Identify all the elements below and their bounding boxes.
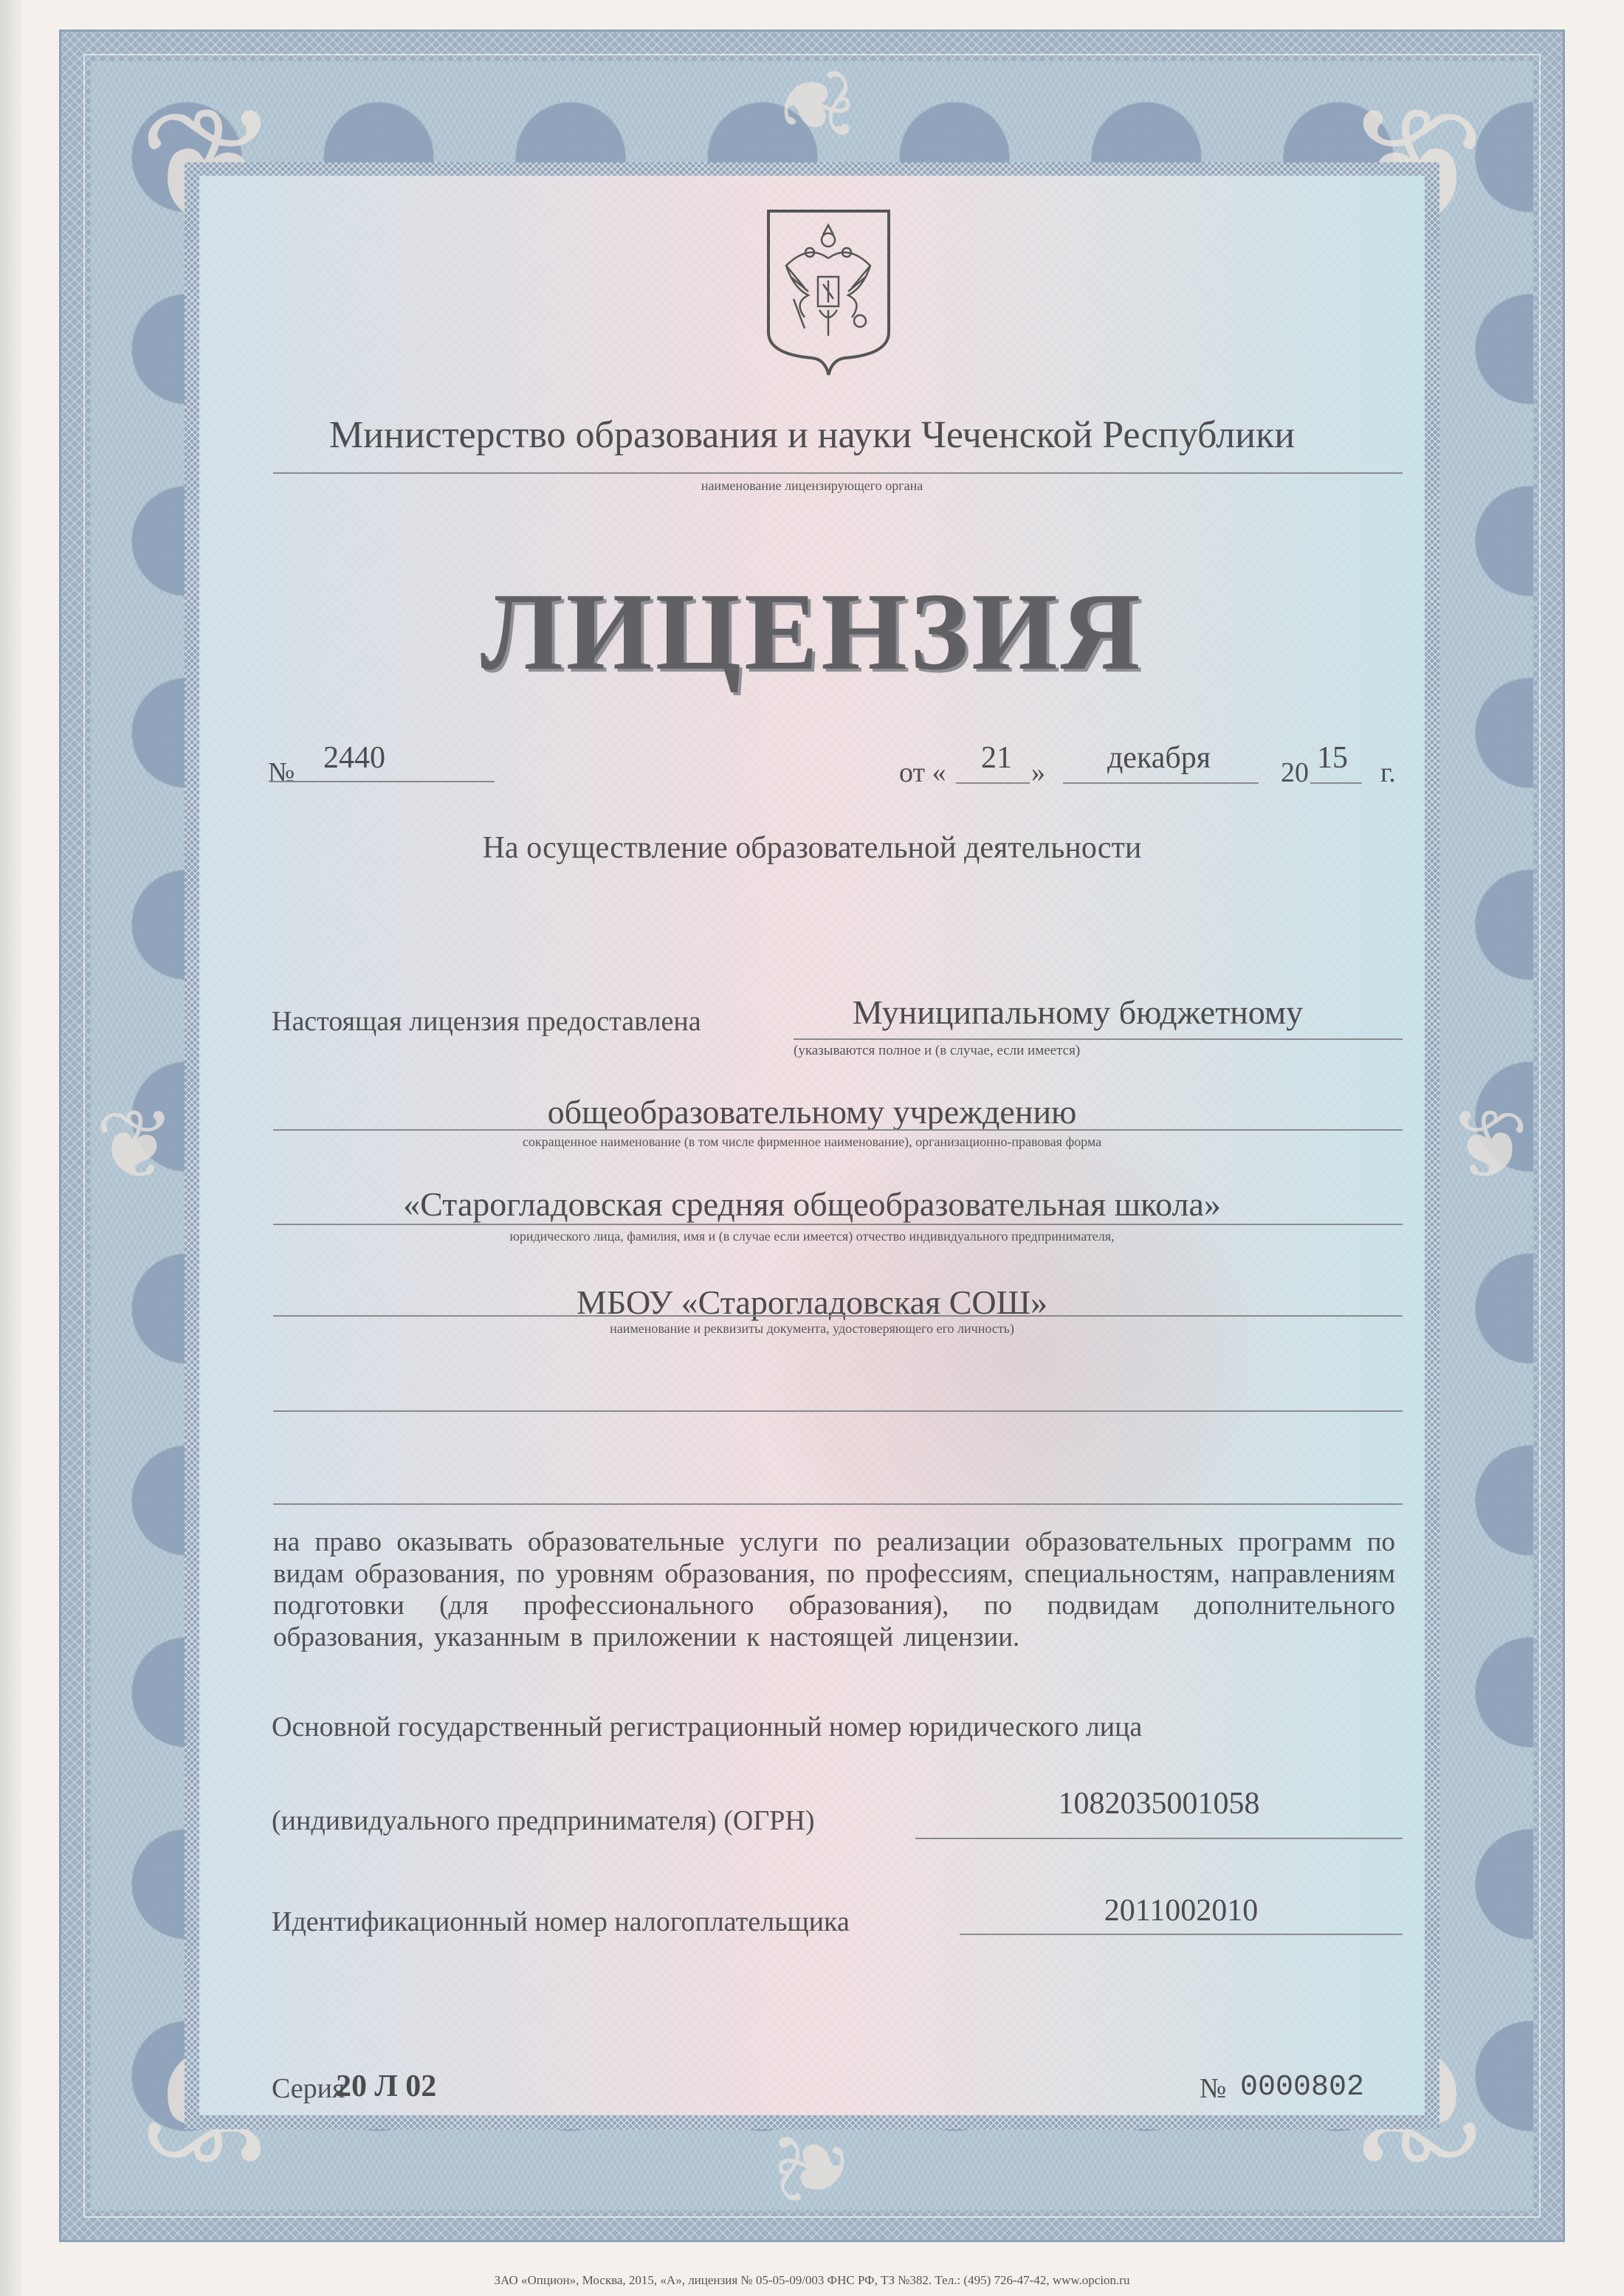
document-title: ЛИЦЕНЗИЯ [199,568,1425,695]
underline [1063,782,1259,784]
issuing-authority-caption: наименование лицензирующего органа [199,478,1425,494]
russian-coat-of-arms-icon [764,207,893,376]
underline [956,782,1030,784]
ogrn-label-line-1: Основной государственный регистрационный… [272,1711,1142,1743]
underline [273,1129,1403,1131]
licensee-caption-3: юридического лица, фамилия, имя и (в слу… [199,1229,1425,1244]
date-close-quote: » [1031,756,1045,789]
side-ornament-icon: ❦ [748,54,881,157]
side-ornament-icon: ❦ [83,1080,187,1213]
date-year-label: г. [1380,756,1396,789]
series-label: Серия [272,2072,345,2105]
granted-to-label: Настоящая лицензия предоставлена [272,1005,701,1038]
date-day: 21 [960,740,1033,776]
licensee-line-3: «Старогладовская средняя общеобразовател… [199,1185,1425,1224]
printer-imprint: ЗАО «Опцион», Москва, 2015, «А», лицензи… [0,2273,1624,2288]
licensee-caption-4: наименование и реквизиты документа, удос… [199,1321,1425,1337]
underline [273,472,1403,474]
issuing-authority: Министерство образования и науки Чеченск… [199,413,1425,457]
side-ornament-icon: ❦ [1437,1080,1541,1213]
underline [960,1934,1403,1935]
date-year-prefix: 20 [1281,756,1309,789]
license-number: 2440 [281,740,428,776]
underline [269,781,495,782]
blank-line [273,1410,1403,1412]
license-purpose: На осуществление образовательной деятель… [199,830,1425,866]
date-from-label: от « [899,756,946,789]
underline [915,1838,1403,1839]
inn-label: Идентификационный номер налогоплательщик… [272,1906,850,1938]
underline [1310,782,1362,784]
rights-text: на право оказывать образовательные услуг… [273,1526,1395,1653]
ogrn-value: 1082035001058 [915,1786,1403,1821]
side-ornament-icon: ❦ [748,2114,881,2218]
blank-number: 0000802 [1240,2071,1364,2104]
date-year-suffix: 15 [1310,740,1355,776]
date-month: декабря [1063,740,1255,776]
underline [273,1315,1403,1317]
blank-line [273,1503,1403,1505]
paper-edge [0,0,22,2296]
underline [273,1224,1403,1225]
licensee-caption-1: (указываются полное и (в случае, если им… [794,1043,1080,1059]
licensee-caption-2: сокращенное наименование (в том числе фи… [199,1134,1425,1150]
series-value: 20 Л 02 [336,2069,436,2104]
ogrn-label-line-2: (индивидуального предпринимателя) (ОГРН) [272,1804,815,1837]
licensee-line-1: Муниципальному бюджетному [797,993,1358,1032]
blank-number-label: № [1200,2072,1226,2105]
inn-value: 2011002010 [960,1893,1403,1928]
underline [794,1038,1403,1040]
licensee-line-2: общеобразовательному учреждению [199,1092,1425,1131]
